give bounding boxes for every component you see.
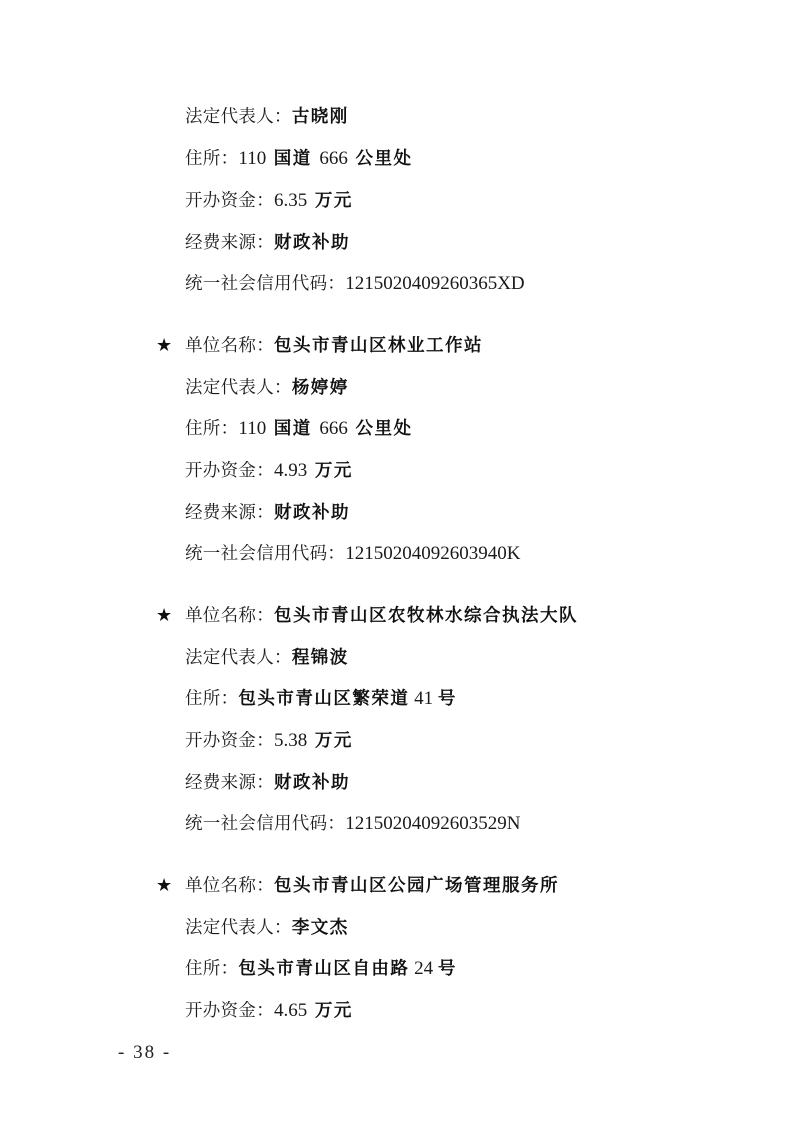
capital-label: 开办资金： bbox=[185, 461, 274, 481]
funding-line: 经费来源：财政补助 bbox=[185, 769, 350, 797]
unit-name-line: 单位名称：包头市青山区农牧林水综合执法大队 bbox=[185, 602, 578, 630]
funding-value: 财政补助 bbox=[274, 503, 350, 523]
funding-line: 经费来源：财政补助 bbox=[185, 229, 350, 257]
legal-rep-value: 古晓刚 bbox=[292, 107, 349, 127]
funding-label: 经费来源： bbox=[185, 233, 274, 253]
capital-unit: 万元 bbox=[307, 1001, 353, 1021]
address-label: 住所： bbox=[185, 419, 238, 439]
address-text: 国道 bbox=[266, 149, 319, 169]
credit-code-line: 统一社会信用代码：12150204092603529N bbox=[185, 810, 520, 838]
address-label: 住所： bbox=[185, 959, 238, 979]
credit-code-label: 统一社会信用代码： bbox=[185, 814, 345, 834]
credit-code-label: 统一社会信用代码： bbox=[185, 274, 345, 294]
unit-name-label: 单位名称： bbox=[185, 336, 274, 356]
legal-rep-label: 法定代表人： bbox=[185, 918, 292, 938]
legal-rep-value: 程锦波 bbox=[292, 648, 349, 668]
funding-label: 经费来源： bbox=[185, 773, 274, 793]
capital-unit: 万元 bbox=[307, 731, 353, 751]
legal-rep-value: 李文杰 bbox=[292, 918, 349, 938]
capital-amount: 4.93 bbox=[274, 460, 307, 481]
address-number: 666 bbox=[319, 148, 348, 169]
credit-code-value: 12150204092603940K bbox=[345, 543, 520, 564]
address-text: 号 bbox=[438, 959, 457, 979]
address-text: 国道 bbox=[266, 419, 319, 439]
funding-line: 经费来源：财政补助 bbox=[185, 499, 350, 527]
legal-rep-line: 法定代表人：李文杰 bbox=[185, 914, 349, 942]
capital-line: 开办资金：4.65 万元 bbox=[185, 997, 353, 1025]
capital-label: 开办资金： bbox=[185, 731, 274, 751]
funding-value: 财政补助 bbox=[274, 233, 350, 253]
address-text: 号 bbox=[438, 689, 457, 709]
legal-rep-label: 法定代表人： bbox=[185, 378, 292, 398]
star-bullet-icon: ★ bbox=[156, 602, 172, 630]
address-number: 110 bbox=[238, 148, 266, 169]
address-line: 住所：110 国道 666 公里处 bbox=[185, 145, 412, 173]
capital-amount: 4.65 bbox=[274, 1000, 307, 1021]
address-number: 41 bbox=[409, 688, 438, 709]
legal-rep-line: 法定代表人：杨婷婷 bbox=[185, 374, 349, 402]
capital-label: 开办资金： bbox=[185, 191, 274, 211]
unit-name-value: 包头市青山区农牧林水综合执法大队 bbox=[274, 606, 578, 626]
address-line: 住所：110 国道 666 公里处 bbox=[185, 415, 412, 443]
address-text: 公里处 bbox=[348, 419, 413, 439]
unit-name-value: 包头市青山区公园广场管理服务所 bbox=[274, 876, 559, 896]
address-number: 666 bbox=[319, 418, 348, 439]
star-bullet-icon: ★ bbox=[156, 872, 172, 900]
address-line: 住所：包头市青山区自由路 24 号 bbox=[185, 955, 457, 983]
capital-label: 开办资金： bbox=[185, 1001, 274, 1021]
credit-code-line: 统一社会信用代码：1215020409260365XD bbox=[185, 270, 525, 298]
legal-rep-line: 法定代表人：程锦波 bbox=[185, 644, 349, 672]
capital-line: 开办资金：5.38 万元 bbox=[185, 727, 353, 755]
address-number: 24 bbox=[409, 958, 438, 979]
page-number: - 38 - bbox=[118, 1042, 171, 1064]
credit-code-line: 统一社会信用代码：12150204092603940K bbox=[185, 540, 520, 568]
legal-rep-line: 法定代表人：古晓刚 bbox=[185, 103, 349, 131]
address-text: 包头市青山区自由路 bbox=[238, 959, 409, 979]
address-number: 110 bbox=[238, 418, 266, 439]
credit-code-value: 1215020409260365XD bbox=[345, 273, 524, 294]
credit-code-value: 12150204092603529N bbox=[345, 813, 520, 834]
unit-name-label: 单位名称： bbox=[185, 876, 274, 896]
address-text: 包头市青山区繁荣道 bbox=[238, 689, 409, 709]
capital-amount: 5.38 bbox=[274, 730, 307, 751]
funding-label: 经费来源： bbox=[185, 503, 274, 523]
legal-rep-value: 杨婷婷 bbox=[292, 378, 349, 398]
address-label: 住所： bbox=[185, 149, 238, 169]
capital-line: 开办资金：4.93 万元 bbox=[185, 457, 353, 485]
capital-amount: 6.35 bbox=[274, 190, 307, 211]
address-text: 公里处 bbox=[348, 149, 413, 169]
capital-unit: 万元 bbox=[307, 191, 353, 211]
credit-code-label: 统一社会信用代码： bbox=[185, 544, 345, 564]
unit-name-value: 包头市青山区林业工作站 bbox=[274, 336, 483, 356]
capital-line: 开办资金：6.35 万元 bbox=[185, 187, 353, 215]
legal-rep-label: 法定代表人： bbox=[185, 107, 292, 127]
address-label: 住所： bbox=[185, 689, 238, 709]
capital-unit: 万元 bbox=[307, 461, 353, 481]
star-bullet-icon: ★ bbox=[156, 332, 172, 360]
unit-name-line: 单位名称：包头市青山区林业工作站 bbox=[185, 332, 483, 360]
legal-rep-label: 法定代表人： bbox=[185, 648, 292, 668]
unit-name-line: 单位名称：包头市青山区公园广场管理服务所 bbox=[185, 872, 559, 900]
unit-name-label: 单位名称： bbox=[185, 606, 274, 626]
address-line: 住所：包头市青山区繁荣道 41 号 bbox=[185, 685, 457, 713]
funding-value: 财政补助 bbox=[274, 773, 350, 793]
